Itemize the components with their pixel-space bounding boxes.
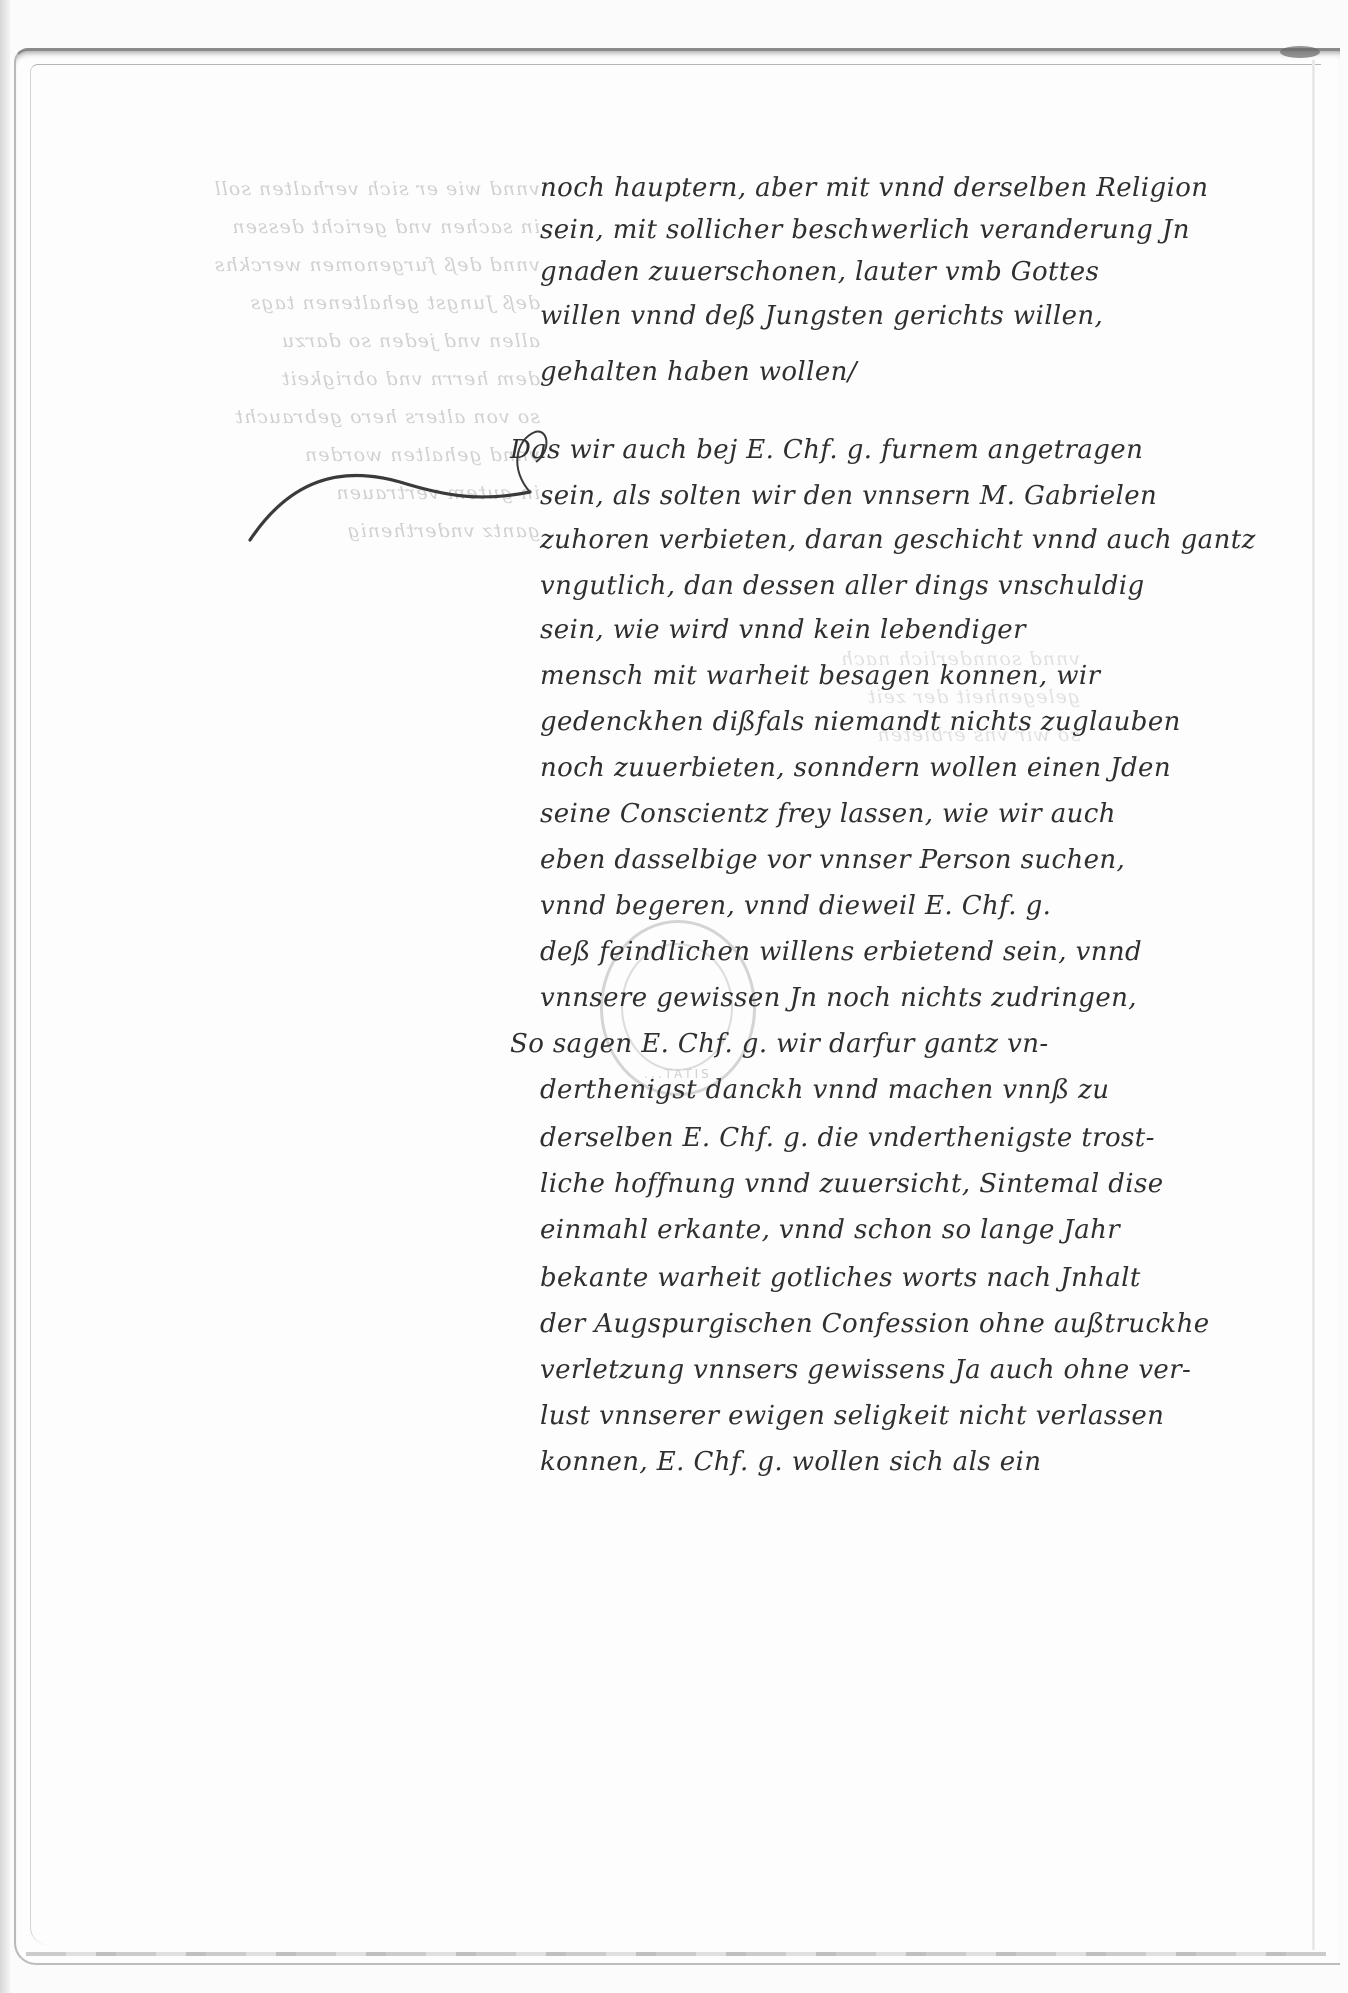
- text-line: derselben E. Chf. g. die vnderthenigste …: [540, 1118, 1155, 1158]
- text-line: noch hauptern, aber mit vnnd derselben R…: [540, 168, 1208, 208]
- fold-line: [1312, 60, 1315, 1950]
- text-line: gedenckhen dißfals niemandt nichts zugla…: [540, 702, 1181, 742]
- bleed-line: vnnd wie er sich verhalten soll: [120, 170, 540, 208]
- text-line: sein, als solten wir den vnnsern M. Gabr…: [540, 476, 1157, 516]
- text-line: mensch mit warheit besagen konnen, wir: [540, 656, 1100, 696]
- edge-stain: [1280, 46, 1320, 58]
- bleed-line: allen vnd jeden so darzu: [120, 322, 540, 360]
- text-line: gehalten haben wollen/: [540, 352, 857, 392]
- text-line: konnen, E. Chf. g. wollen sich als ein: [540, 1442, 1041, 1482]
- text-line: verletzung vnnsers gewissens Ja auch ohn…: [540, 1350, 1191, 1390]
- text-line: einmahl erkante, vnnd schon so lange Jah…: [540, 1210, 1120, 1250]
- paragraph-flourish-icon: [230, 410, 550, 550]
- bleed-line: deß Jungst gehaltenen tags: [120, 284, 540, 322]
- text-line: zuhoren verbieten, daran geschicht vnnd …: [540, 520, 1256, 560]
- text-line: eben dasselbige vor vnnser Person suchen…: [540, 840, 1125, 880]
- text-line: derthenigst danckh vnnd machen vnnß zu: [540, 1070, 1109, 1110]
- text-line: lust vnnserer ewigen seligkeit nicht ver…: [540, 1396, 1164, 1436]
- text-line: Das wir auch bej E. Chf. g. furnem anget…: [510, 430, 1143, 470]
- binding-shadow: [0, 0, 10, 1993]
- text-line: gnaden zuuerschonen, lauter vmb Gottes: [540, 252, 1099, 292]
- text-line: sein, mit sollicher beschwerlich verande…: [540, 210, 1190, 250]
- text-line: liche hoffnung vnnd zuuersicht, Sintemal…: [540, 1164, 1164, 1204]
- bleed-line: in sachen vnd gericht dessen: [120, 208, 540, 246]
- text-line: noch zuuerbieten, sonndern wollen einen …: [540, 748, 1171, 788]
- bleed-line: dem herrn vnd obrigkeit: [120, 360, 540, 398]
- text-line: der Augspurgischen Confession ohne außtr…: [540, 1304, 1210, 1344]
- text-line: seine Conscientz frey lassen, wie wir au…: [540, 794, 1116, 834]
- text-line: bekante warheit gotliches worts nach Jnh…: [540, 1258, 1141, 1298]
- bleed-line: vnnd deß furgenomen werckhs: [120, 246, 540, 284]
- text-line: So sagen E. Chf. g. wir darfur gantz vn-: [510, 1024, 1049, 1064]
- text-line: vnnd begeren, vnnd dieweil E. Chf. g.: [540, 886, 1051, 926]
- text-line: sein, wie wird vnnd kein lebendiger: [540, 610, 1026, 650]
- text-line: vnnsere gewissen Jn noch nichts zudringe…: [540, 978, 1137, 1018]
- text-line: deß feindlichen willens erbietend sein, …: [540, 932, 1142, 972]
- text-line: willen vnnd deß Jungsten gerichts willen…: [540, 296, 1103, 336]
- text-line: vngutlich, dan dessen aller dings vnschu…: [540, 566, 1145, 606]
- bottom-worn-edge: [26, 1952, 1326, 1956]
